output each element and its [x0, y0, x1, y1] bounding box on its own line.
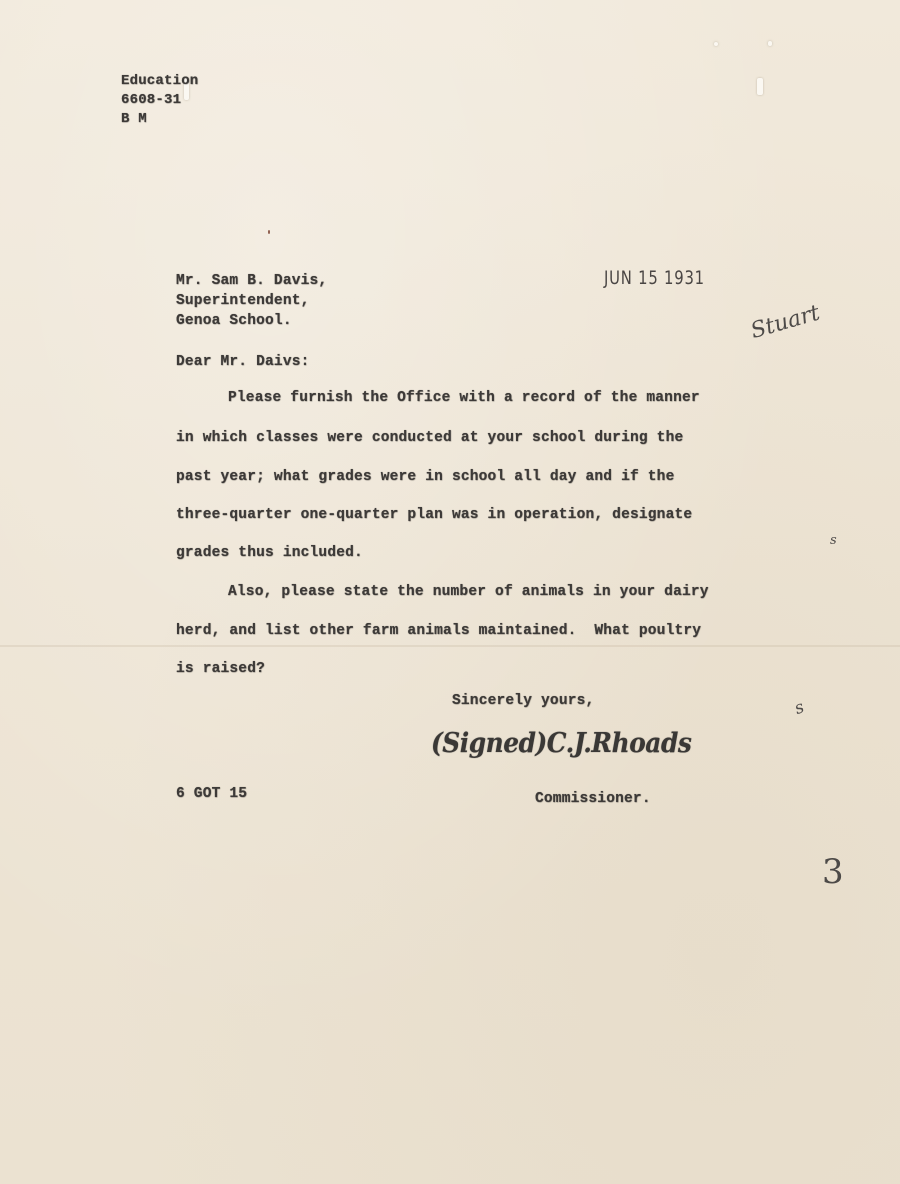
recipient-name: Mr. Sam B. Davis,	[176, 273, 327, 289]
page-number: 3	[822, 852, 844, 892]
paper-fold-line	[0, 645, 900, 647]
signature: (Signed)C.J.Rhoads	[431, 728, 691, 759]
margin-mark: s	[830, 533, 837, 548]
pin-hole	[714, 42, 718, 46]
recipient-school: Genoa School.	[176, 313, 292, 329]
body-line: three-quarter one-quarter plan was in op…	[176, 505, 692, 525]
reference-department: Education	[121, 72, 198, 91]
body-line: Please furnish the Office with a record …	[228, 388, 700, 408]
body-line: in which classes were conducted at your …	[176, 428, 683, 448]
salutation: Dear Mr. Daivs:	[176, 354, 310, 370]
body-line: grades thus included.	[176, 543, 363, 563]
recipient-title: Superintendent,	[176, 293, 310, 309]
body-line: is raised?	[176, 659, 265, 679]
closing: Sincerely yours,	[452, 693, 594, 709]
pin-hole	[768, 41, 772, 46]
file-code: 6 GOT 15	[176, 786, 247, 802]
body-line: past year; what grades were in school al…	[176, 467, 674, 487]
body-line: Also, please state the number of animals…	[228, 582, 709, 602]
signer-title: Commissioner.	[535, 791, 651, 807]
reference-number: 6608-31	[121, 91, 181, 110]
body-line: herd, and list other farm animals mainta…	[176, 621, 701, 641]
staple-hole	[757, 78, 763, 95]
ink-speck	[268, 230, 270, 234]
date-stamp: JUN 15 1931	[604, 267, 705, 289]
reference-initials: B M	[121, 110, 147, 129]
